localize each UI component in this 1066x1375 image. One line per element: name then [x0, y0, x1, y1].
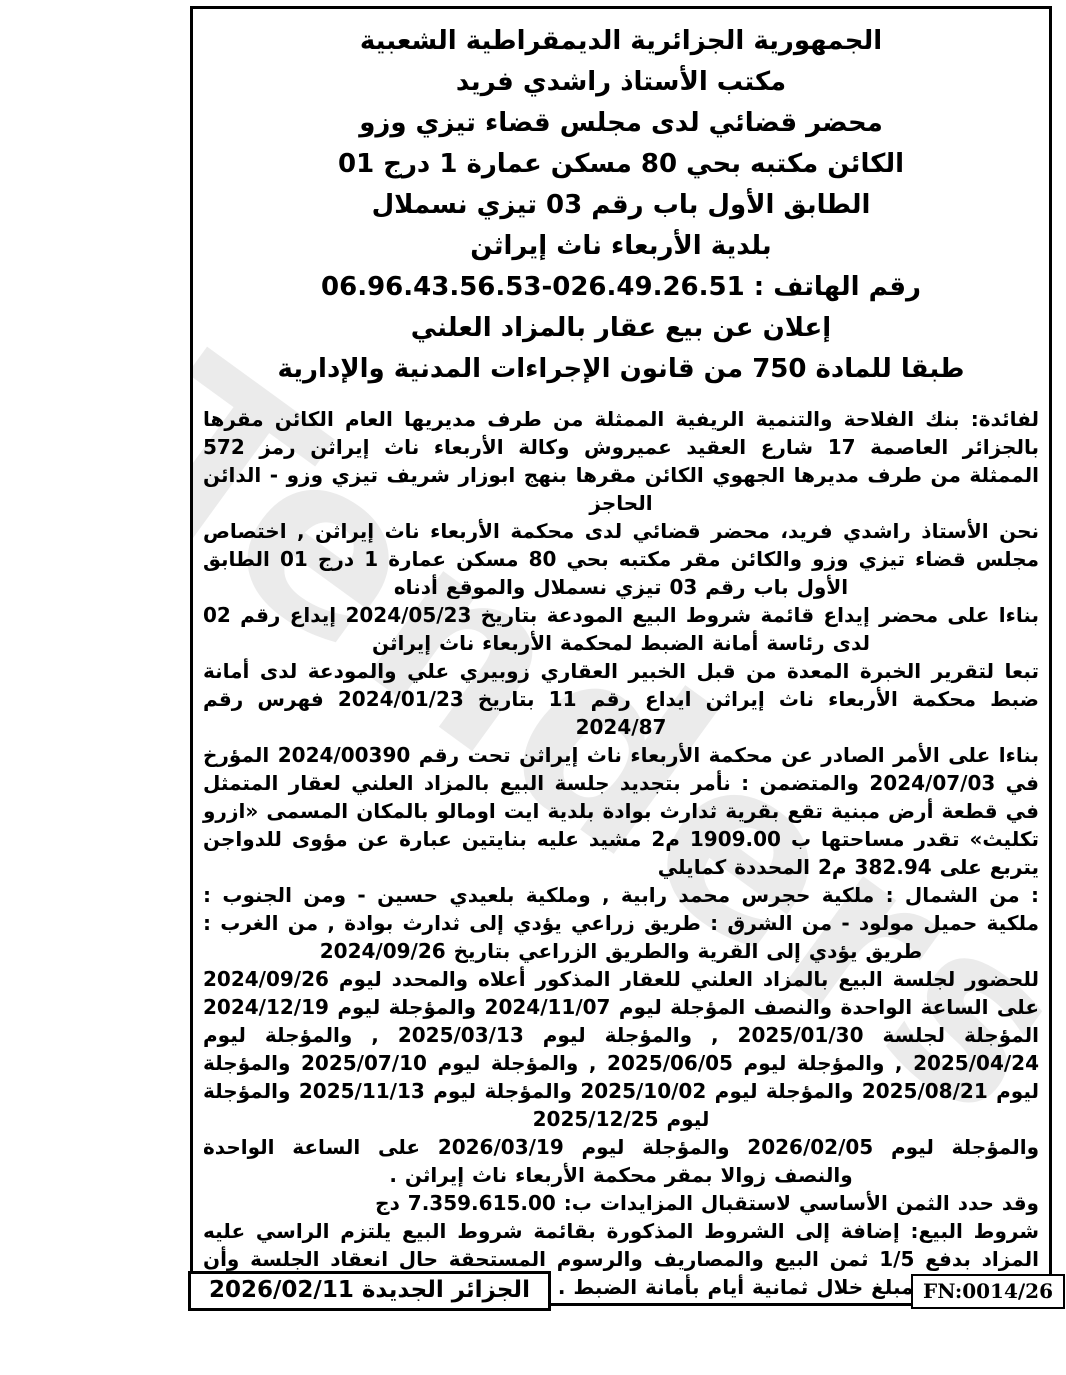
announcement-document: Tenders الجمهورية الجزائرية الديمقراطية …	[190, 6, 1052, 1306]
phone-number-line: رقم الهاتف : 026.49.26.51-06.96.43.56.53	[203, 267, 1039, 308]
legal-article-line: طبقا للمادة 750 من قانون الإجراءات المدن…	[203, 349, 1039, 390]
beneficiary-paragraph: لفائدة: بنك الفلاحة والتنمية الريفية الم…	[203, 405, 1039, 517]
document-body: لفائدة: بنك الفلاحة والتنمية الريفية الم…	[203, 405, 1039, 1306]
court-order-paragraph: بناءا على الأمر الصادر عن محكمة الأربعاء…	[203, 741, 1039, 881]
expert-report-paragraph: تبعا لتقرير الخبرة المعدة من قبل الخبير …	[203, 657, 1039, 741]
property-boundaries-paragraph: : من الشمال : ملكية حجرس محمد رابية , وم…	[203, 881, 1039, 965]
announcement-title: إعلان عن بيع عقار بالمزاد العلني	[203, 308, 1039, 349]
office-address-line-1: الكائن مكتبه بحي 80 مسكن عمارة 1 درج 01	[203, 144, 1039, 185]
office-address-line-2: الطابق الأول باب رقم 03 تيزي نسملال	[203, 185, 1039, 226]
newspaper-date-box: الجزائر الجديدة 2026/02/11	[188, 1271, 551, 1311]
bailiff-function-line: محضر قضائي لدى مجلس قضاء تيزي وزو	[203, 103, 1039, 144]
auction-postponements-paragraph: والمؤجلة ليوم 2026/02/05 والمؤجلة ليوم 2…	[203, 1133, 1039, 1189]
sale-conditions-deposit-paragraph: بناءا على محضر إيداع قائمة شروط البيع ال…	[203, 601, 1039, 657]
base-price-paragraph: وقد حدد الثمن الأساسي لاستقبال المزايدات…	[203, 1189, 1039, 1217]
page: { "document": { "header_lines": [ "الجمه…	[0, 0, 1066, 1375]
bailiff-identification-paragraph: نحن الأستاذ راشدي فريد، محضر قضائي لدى م…	[203, 517, 1039, 601]
auction-session-dates-paragraph: للحضور لجلسة البيع بالمزاد العلني للعقار…	[203, 965, 1039, 1133]
document-header: الجمهورية الجزائرية الديمقراطية الشعبية …	[203, 21, 1039, 390]
republic-title: الجمهورية الجزائرية الديمقراطية الشعبية	[203, 21, 1039, 62]
office-title: مكتب الأستاذ راشدي فريد	[203, 62, 1039, 103]
reference-number-box: FN:0014/26	[911, 1274, 1065, 1309]
municipality-line: بلدية الأربعاء ناث إيراثن	[203, 226, 1039, 267]
